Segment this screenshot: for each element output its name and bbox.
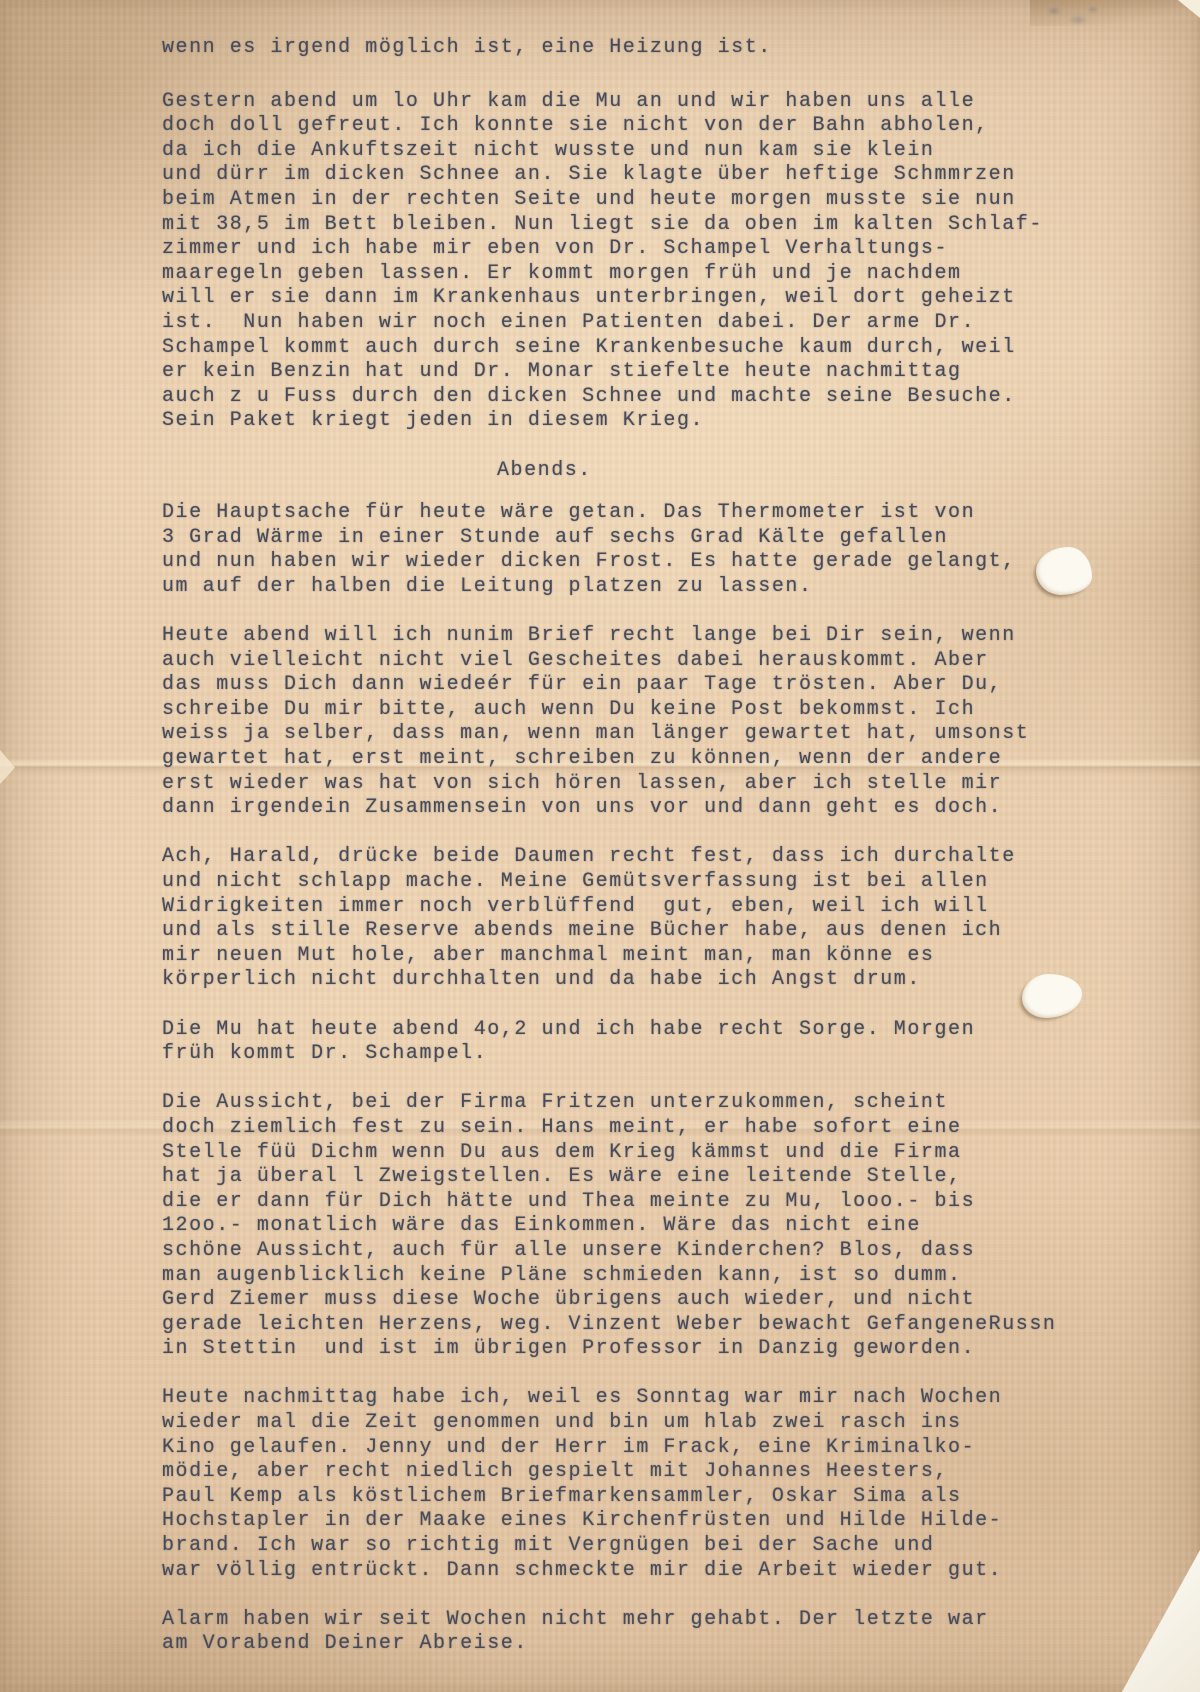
text-line: weiss ja selber, dass man, wenn man läng… xyxy=(162,722,1068,747)
text-line: auch vielleicht nicht viel Gescheites da… xyxy=(162,649,1068,674)
text-line: Alarm haben wir seit Wochen nicht mehr g… xyxy=(162,1608,1068,1633)
text-line: beim Atmen in der rechten Seite und heut… xyxy=(162,188,1068,213)
text-line: Hochstapler in der Maake eines Kirchenfr… xyxy=(162,1509,1068,1534)
paragraph: wenn es irgend möglich ist, eine Heizung… xyxy=(162,36,1068,61)
text-line: in Stettin und ist im übrigen Professor … xyxy=(162,1337,1068,1362)
text-line: 3 Grad Wärme in einer Stunde auf sechs G… xyxy=(162,526,1068,551)
text-line: und nun haben wir wieder dicken Frost. E… xyxy=(162,550,1068,575)
text-line: Die Aussicht, bei der Firma Fritzen unte… xyxy=(162,1091,1068,1116)
text-line: wieder mal die Zeit genommen und bin um … xyxy=(162,1411,1068,1436)
text-line: war völlig entrückt. Dann schmeckte mir … xyxy=(162,1559,1068,1584)
text-line: Gerd Ziemer muss diese Woche übrigens au… xyxy=(162,1288,1068,1313)
text-line: Die Mu hat heute abend 4o,2 und ich habe… xyxy=(162,1018,1068,1043)
text-line: Heute abend will ich nunim Brief recht l… xyxy=(162,624,1068,649)
text-line: zimmer und ich habe mir eben von Dr. Sch… xyxy=(162,237,1068,262)
text-line: ist. Nun haben wir noch einen Patienten … xyxy=(162,311,1068,336)
text-line: brand. Ich war so richtig mit Vergnügen … xyxy=(162,1534,1068,1559)
paper-tear-left-edge xyxy=(0,750,15,784)
text-line: und als stille Reserve abends meine Büch… xyxy=(162,919,1068,944)
paragraph: Die Hauptsache für heute wäre getan. Das… xyxy=(162,501,1068,599)
text-line: am Vorabend Deiner Abreise. xyxy=(162,1632,1068,1657)
text-line: auch z u Fuss durch den dicken Schnee un… xyxy=(162,385,1068,410)
text-line: mir neuen Mut hole, aber manchmal meint … xyxy=(162,944,1068,969)
text-line: mit 38,5 im Bett bleiben. Nun liegt sie … xyxy=(162,213,1068,238)
paragraph: Die Mu hat heute abend 4o,2 und ich habe… xyxy=(162,1018,1068,1067)
text-line: da ich die Ankuftszeit nicht wusste und … xyxy=(162,139,1068,164)
text-line: Abends. xyxy=(497,459,1068,484)
section-heading: Abends. xyxy=(497,459,1068,484)
text-line: er kein Benzin hat und Dr. Monar stiefel… xyxy=(162,360,1068,385)
letter-text: wenn es irgend möglich ist, eine Heizung… xyxy=(162,36,1068,1682)
text-line: Gestern abend um lo Uhr kam die Mu an un… xyxy=(162,90,1068,115)
text-line: erst wieder was hat von sich hören lasse… xyxy=(162,772,1068,797)
text-line: Ach, Harald, drücke beide Daumen recht f… xyxy=(162,845,1068,870)
text-line: das muss Dich dann wiedeér für ein paar … xyxy=(162,673,1068,698)
paragraph: Alarm haben wir seit Wochen nicht mehr g… xyxy=(162,1608,1068,1657)
text-line: doch doll gefreut. Ich konnte sie nicht … xyxy=(162,114,1068,139)
text-line: um auf der halben die Leitung platzen zu… xyxy=(162,575,1068,600)
text-line: körperlich nicht durchhalten und da habe… xyxy=(162,968,1068,993)
text-line: Schampel kommt auch durch seine Krankenb… xyxy=(162,336,1068,361)
text-line: früh kommt Dr. Schampel. xyxy=(162,1042,1068,1067)
text-line: die er dann für Dich hätte und Thea mein… xyxy=(162,1190,1068,1215)
text-line: Paul Kemp als köstlichem Briefmarkensamm… xyxy=(162,1485,1068,1510)
paragraph: Heute nachmittag habe ich, weil es Sonnt… xyxy=(162,1386,1068,1583)
text-line: gerade leichten Herzens, weg. Vinzent We… xyxy=(162,1313,1068,1338)
text-line: Widrigkeiten immer noch verblüffend gut,… xyxy=(162,895,1068,920)
text-line: mödie, aber recht niedlich gespielt mit … xyxy=(162,1460,1068,1485)
text-line: und dürr im dicken Schnee an. Sie klagte… xyxy=(162,163,1068,188)
text-line: wenn es irgend möglich ist, eine Heizung… xyxy=(162,36,1068,61)
text-line: maaregeln geben lassen. Er kommt morgen … xyxy=(162,262,1068,287)
paragraph: Die Aussicht, bei der Firma Fritzen unte… xyxy=(162,1091,1068,1362)
torn-corner-bottom-right xyxy=(1116,1550,1200,1692)
text-line: Sein Paket kriegt jeden in diesem Krieg. xyxy=(162,409,1068,434)
text-line: gewartet hat, erst meint, schreiben zu k… xyxy=(162,747,1068,772)
text-line: Kino gelaufen. Jenny und der Herr im Fra… xyxy=(162,1436,1068,1461)
top-edge-shading xyxy=(1030,0,1200,26)
text-line: schöne Aussicht, auch für alle unsere Ki… xyxy=(162,1239,1068,1264)
text-line: dann irgendein Zusammensein von uns vor … xyxy=(162,796,1068,821)
text-line: und nicht schlapp mache. Meine Gemütsver… xyxy=(162,870,1068,895)
paragraph: Gestern abend um lo Uhr kam die Mu an un… xyxy=(162,90,1068,434)
text-line: Heute nachmittag habe ich, weil es Sonnt… xyxy=(162,1386,1068,1411)
text-line: man augenblicklich keine Pläne schmieden… xyxy=(162,1264,1068,1289)
paragraph: Heute abend will ich nunim Brief recht l… xyxy=(162,624,1068,821)
text-line: Stelle füü Dichm wenn Du aus dem Krieg k… xyxy=(162,1141,1068,1166)
text-line: schreibe Du mir bitte, auch wenn Du kein… xyxy=(162,698,1068,723)
text-line: Die Hauptsache für heute wäre getan. Das… xyxy=(162,501,1068,526)
text-line: hat ja überal l Zweigstellen. Es wäre ei… xyxy=(162,1165,1068,1190)
text-line: doch ziemlich fest zu sein. Hans meint, … xyxy=(162,1116,1068,1141)
paragraph: Ach, Harald, drücke beide Daumen recht f… xyxy=(162,845,1068,993)
text-line: 12oo.- monatlich wäre das Einkommen. Wär… xyxy=(162,1214,1068,1239)
letter-scan: wenn es irgend möglich ist, eine Heizung… xyxy=(0,0,1200,1692)
text-line: will er sie dann im Krankenhaus unterbri… xyxy=(162,286,1068,311)
